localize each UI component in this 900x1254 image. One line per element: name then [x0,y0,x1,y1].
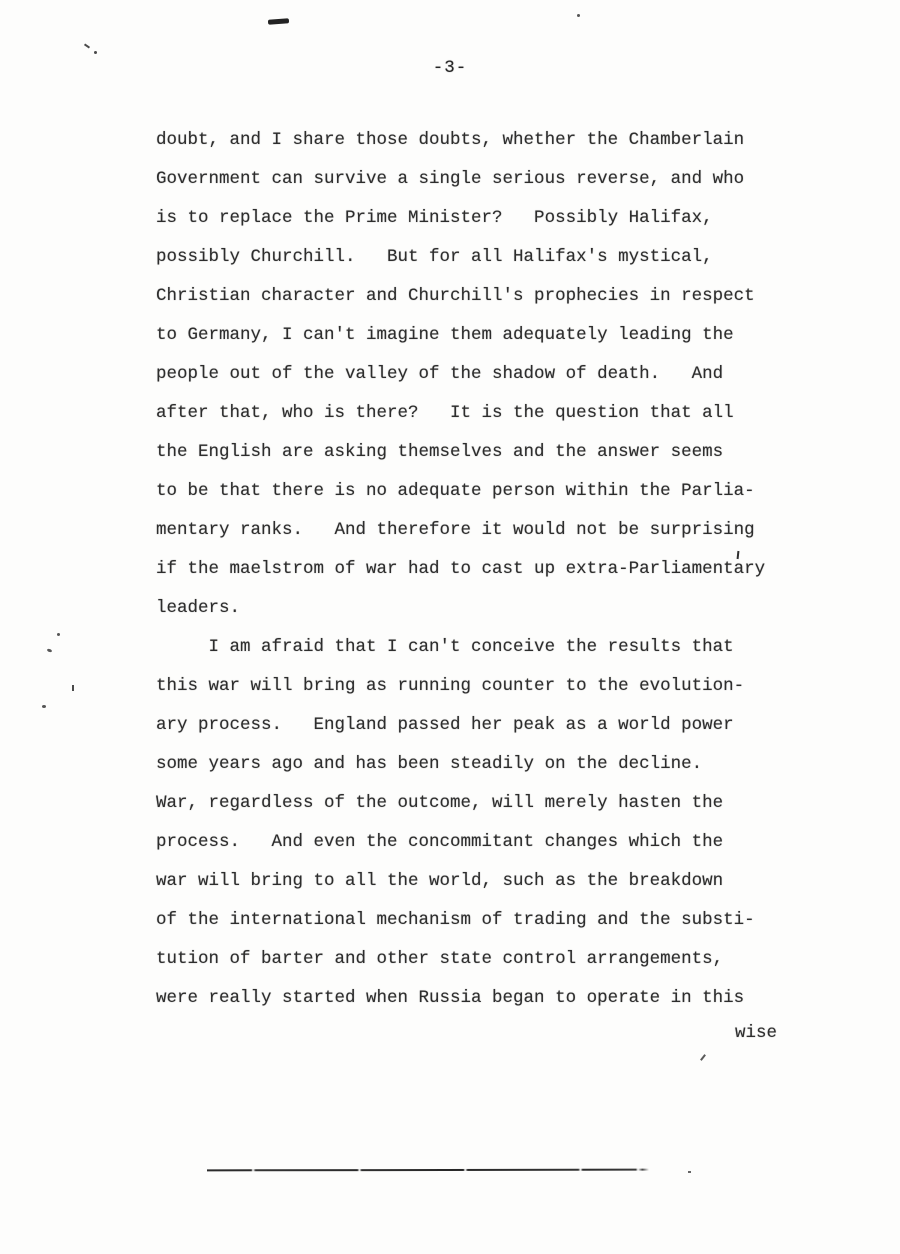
scan-speck [42,705,46,708]
text-line: some years ago and has been steadily on … [156,745,816,784]
text-line: war will bring to all the world, such as… [156,862,816,901]
text-line: mentary ranks. And therefore it would no… [156,511,816,550]
text-line: War, regardless of the outcome, will mer… [156,784,816,823]
text-line: the English are asking themselves and th… [156,433,816,472]
scan-speck [47,648,53,653]
scan-speck [94,51,97,54]
text-line: I am afraid that I can't conceive the re… [156,628,816,667]
scan-speck [577,14,580,17]
text-line: people out of the valley of the shadow o… [156,355,816,394]
text-line: to Germany, I can't imagine them adequat… [156,316,816,355]
scan-speck [72,685,74,691]
text-line: Government can survive a single serious … [156,160,816,199]
scanned-document-page: -3- doubt, and I share those doubts, whe… [0,0,900,1254]
text-line: possibly Churchill. But for all Halifax'… [156,238,816,277]
text-line: doubt, and I share those doubts, whether… [156,121,816,160]
text-line: leaders. [156,589,816,628]
scan-speck [84,43,90,48]
scan-speck [700,1054,706,1061]
text-line: process. And even the concommitant chang… [156,823,816,862]
scan-speck [688,1171,691,1173]
scan-speck [57,633,60,636]
text-line: after that, who is there? It is the ques… [156,394,816,433]
text-line: of the international mechanism of tradin… [156,901,816,940]
text-line: tution of barter and other state control… [156,940,816,979]
text-line: this war will bring as running counter t… [156,667,816,706]
catchword: wise [735,1023,777,1043]
scan-speck [268,18,289,24]
page-number: -3- [0,58,900,78]
separator-line [207,1169,649,1172]
text-line: is to replace the Prime Minister? Possib… [156,199,816,238]
text-line: were really started when Russia began to… [156,979,816,1018]
text-line: Christian character and Churchill's prop… [156,277,816,316]
text-line: to be that there is no adequate person w… [156,472,816,511]
typewritten-text: doubt, and I share those doubts, whether… [156,121,816,1018]
text-line: if the maelstrom of war had to cast up e… [156,550,816,589]
text-line: ary process. England passed her peak as … [156,706,816,745]
